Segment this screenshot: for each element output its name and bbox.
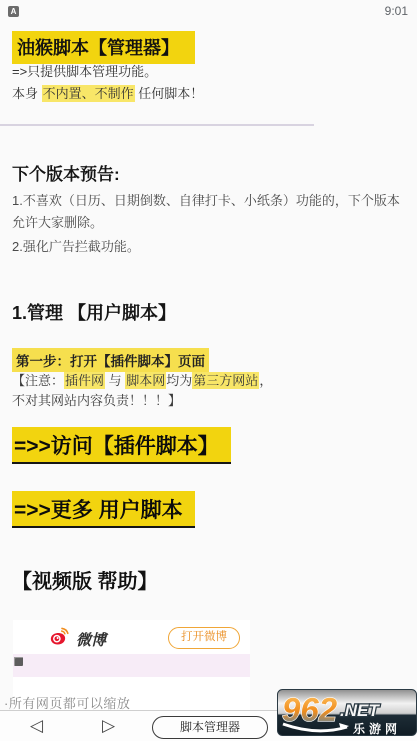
next-version-heading: 下个版本预告: — [12, 160, 120, 185]
more-user-scripts-link[interactable]: =>>更多 用户脚本 — [12, 491, 195, 528]
weibo-post-strip — [13, 654, 250, 677]
notice-suffix: ， — [259, 373, 272, 388]
intro-line-2: =>只提供脚本管理功能。 — [12, 61, 157, 80]
script-manager-button[interactable]: 脚本管理器 — [152, 716, 268, 739]
notification-badge-icon: A — [8, 6, 19, 17]
watermark-number: 962 — [282, 691, 338, 728]
intro-line3-prefix: 本身 — [12, 86, 42, 101]
step1-highlighted-text: 第一步：打开【插件脚本】页面 — [12, 348, 209, 372]
notice-mid-2: 均为 — [166, 373, 192, 388]
notice-line-2: 不对其网站内容负责！！！】 — [12, 390, 181, 409]
notice-line-1: 【注意：插件网 与 脚本网均为第三方网站， — [12, 370, 272, 389]
notice-prefix: 【注意： — [12, 373, 64, 388]
forward-button-icon[interactable]: ▷ — [102, 714, 115, 738]
intro-line3-highlight: 不内置、不制作 — [42, 85, 135, 102]
watermark-domain: .NET — [340, 701, 380, 720]
962net-watermark-logo: 962 .NET 乐游网 — [277, 689, 417, 736]
app-screen: A 9:01 油猴脚本【管理器】 =>只提供脚本管理功能。 本身 不内置、不制作… — [0, 0, 417, 741]
notice-highlight-plugin-site: 插件网 — [64, 372, 105, 389]
notice-mid-1: 与 — [105, 373, 125, 388]
back-button-icon[interactable]: ◁ — [30, 714, 43, 738]
manage-section-heading: 1.管理 【用户脚本】 — [12, 299, 176, 325]
section-divider — [0, 124, 314, 126]
intro-line3-suffix: 任何脚本！ — [135, 86, 204, 101]
visit-plugin-scripts-link[interactable]: =>>访问【插件脚本】 — [12, 427, 231, 464]
notice-highlight-thirdparty: 第三方网站 — [192, 372, 259, 389]
notice-highlight-script-site: 脚本网 — [125, 372, 166, 389]
weibo-brand-label: 微博 — [76, 629, 106, 650]
weibo-emoji-icon — [14, 657, 23, 666]
video-help-heading: 【视频版 帮助】 — [12, 565, 158, 594]
open-weibo-button[interactable]: 打开微博 — [168, 627, 240, 649]
weibo-logo-icon — [49, 627, 71, 651]
intro-line-3: 本身 不内置、不制作 任何脚本！ — [12, 83, 203, 102]
next-version-item-2: 2.强化广告拦截功能。 — [12, 236, 410, 258]
page-title: 油猴脚本【管理器】 — [12, 31, 195, 64]
weibo-widget-header: 微博 打开微博 — [13, 620, 250, 654]
next-version-item-1: 1.不喜欢（日历、日期倒数、自律打卡、小纸条）功能的，下个版本允许大家删除。 — [12, 190, 410, 234]
status-bar-clock: 9:01 — [385, 4, 408, 18]
watermark-site-name: 乐游网 — [353, 721, 401, 736]
